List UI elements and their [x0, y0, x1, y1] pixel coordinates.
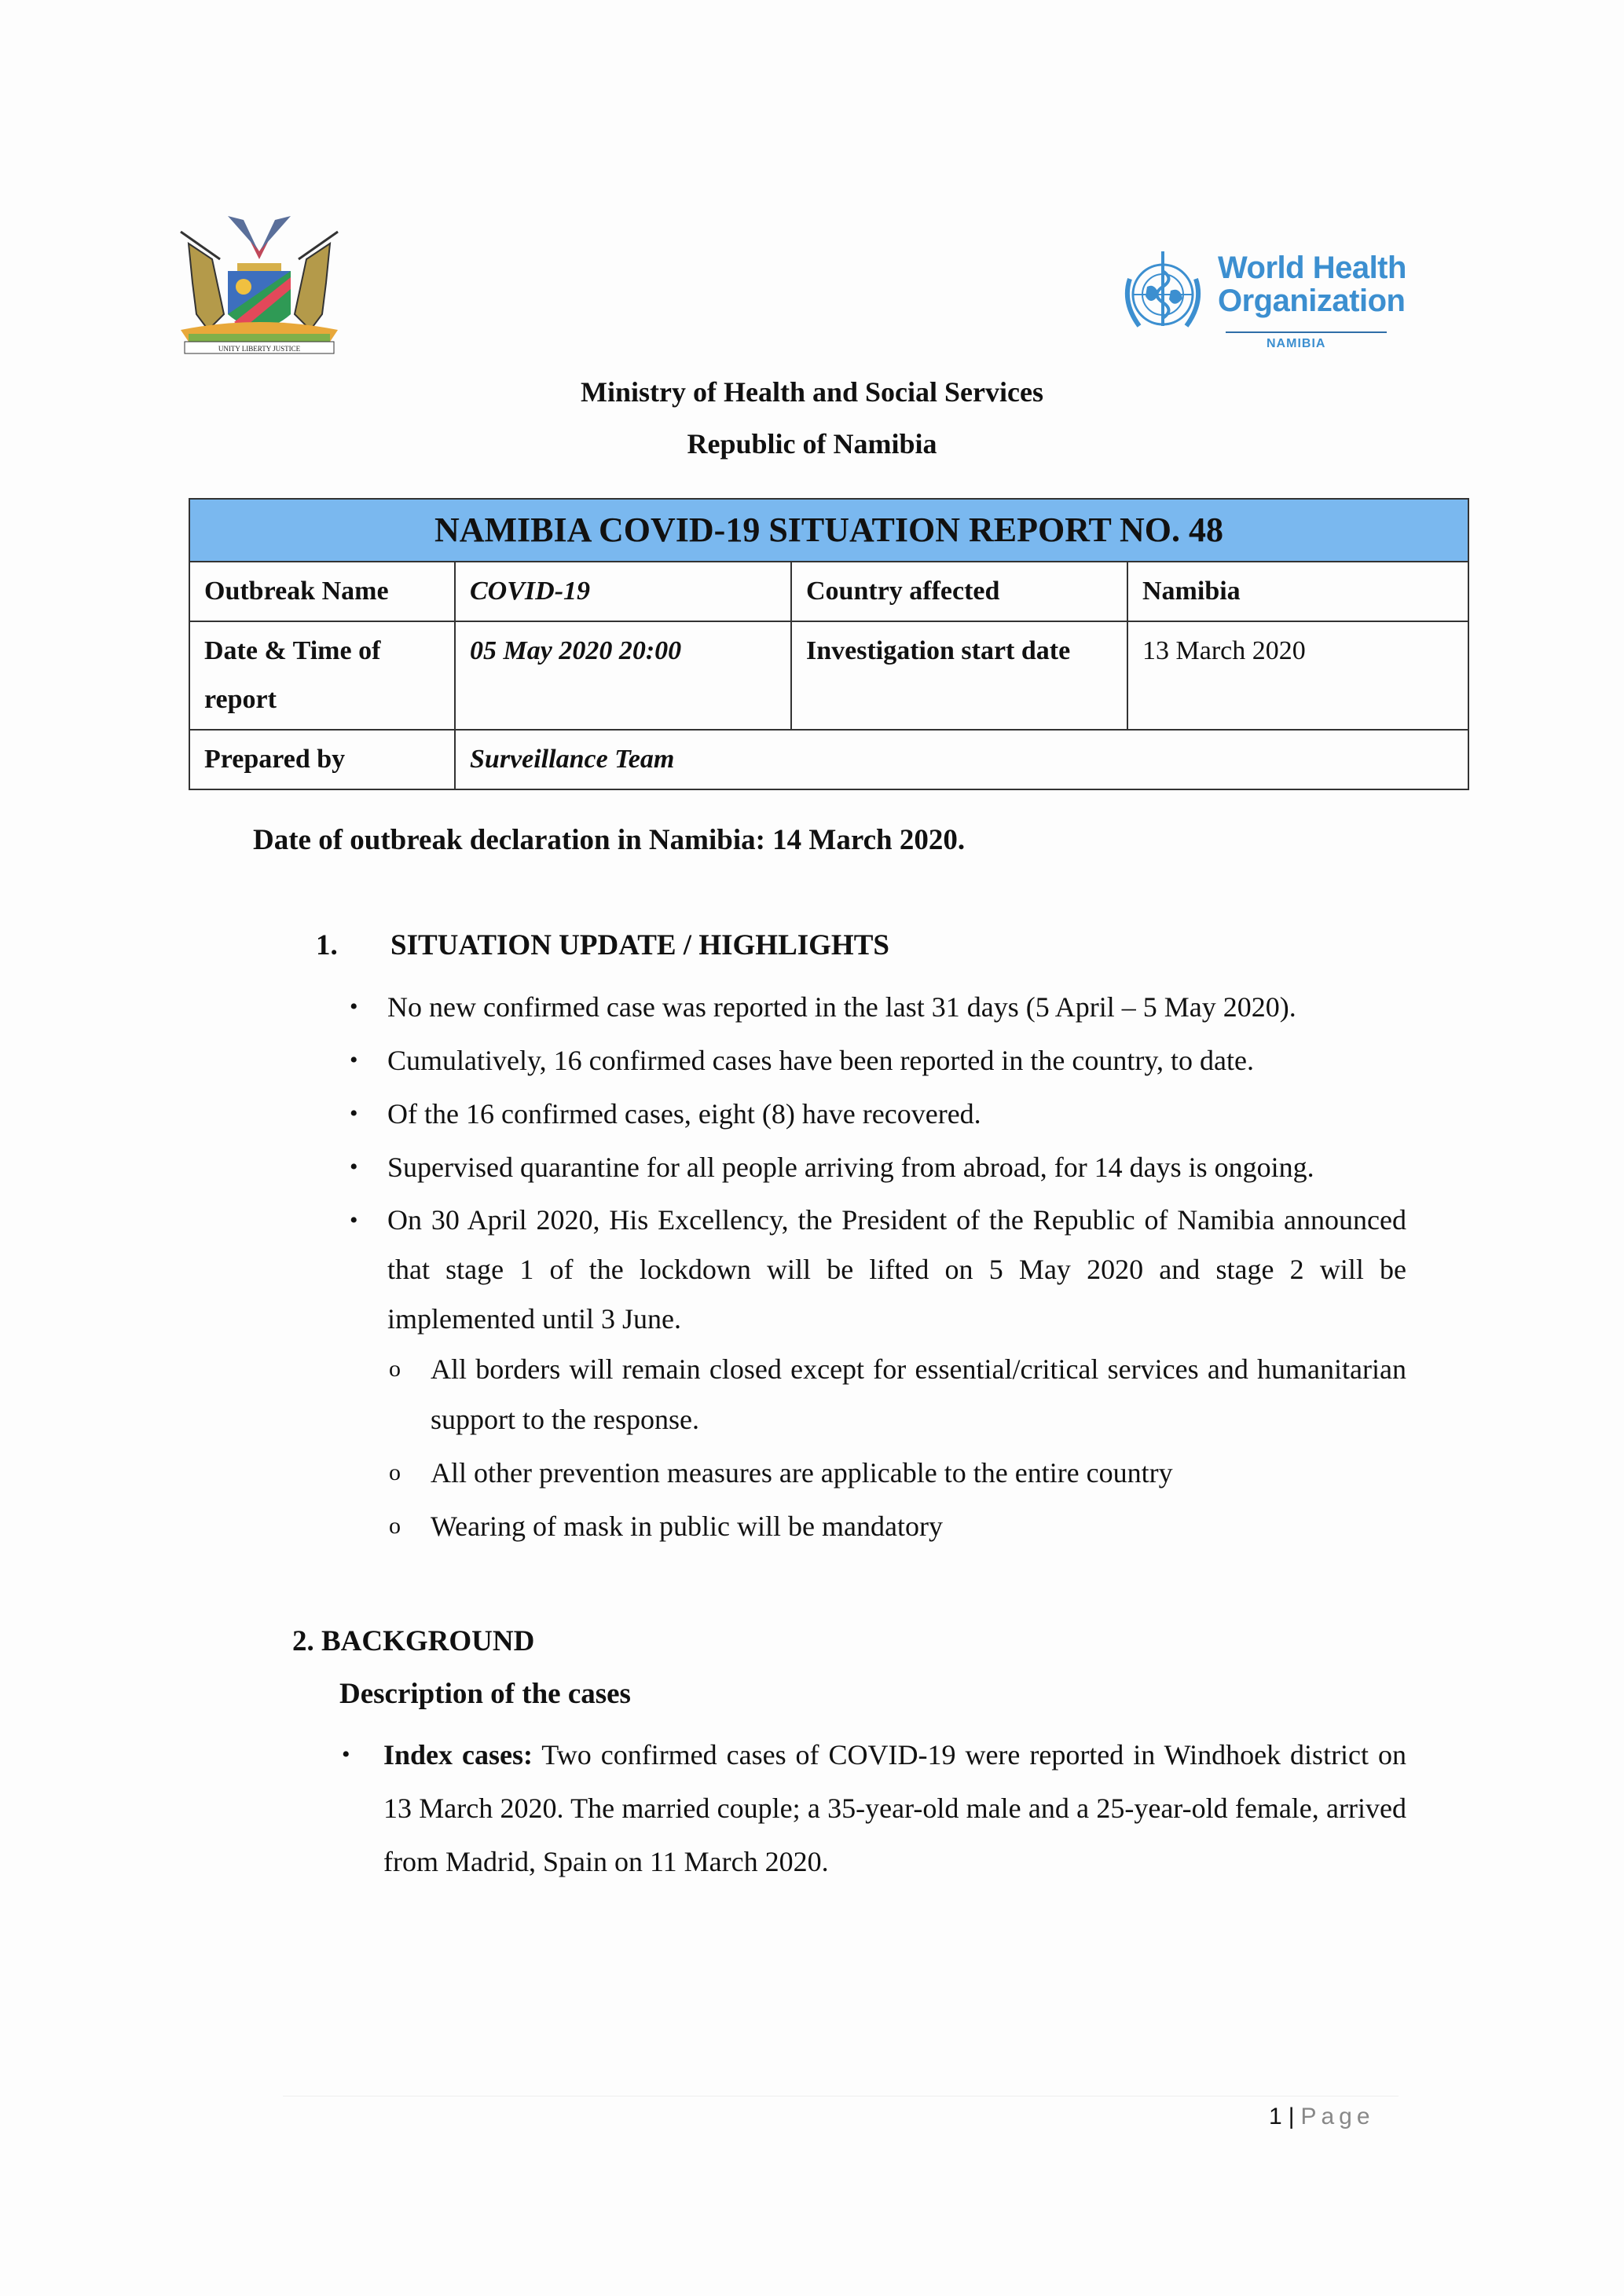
prepared-by-label: Prepared by: [189, 730, 455, 789]
bullet-icon: •: [350, 1089, 358, 1139]
namibia-coat-of-arms-logo: UNITY LIBERTY JUSTICE: [165, 196, 354, 357]
bullet-icon: •: [350, 1035, 358, 1086]
prepared-by-value: Surveillance Team: [455, 730, 1468, 789]
investigation-start-label: Investigation start date: [791, 621, 1127, 730]
list-item-text: Cumulatively, 16 confirmed cases have be…: [387, 1045, 1254, 1076]
page-number: 1|Page: [1269, 2104, 1375, 2130]
table-row: Outbreak Name COVID-19 Country affected …: [189, 562, 1468, 621]
country-affected-label: Country affected: [791, 562, 1127, 621]
lockdown-sub-list: oAll borders will remain closed except f…: [387, 1344, 1406, 1551]
report-datetime-value: 05 May 2020 20:00: [455, 621, 791, 730]
list-item-text: Supervised quarantine for all people arr…: [387, 1152, 1314, 1183]
who-divider: [1226, 331, 1387, 333]
outbreak-name-label: Outbreak Name: [189, 562, 455, 621]
index-cases-text: Two confirmed cases of COVID-19 were rep…: [383, 1739, 1406, 1877]
background-list: •Index cases: Two confirmed cases of COV…: [338, 1728, 1406, 1888]
circle-bullet-icon: o: [389, 1448, 401, 1498]
page-word: Page: [1300, 2104, 1374, 2129]
sub-list-item-text: Wearing of mask in public will be mandat…: [431, 1511, 943, 1542]
report-datetime-label: Date & Time of report: [189, 621, 455, 730]
list-item-text: No new confirmed case was reported in th…: [387, 991, 1296, 1023]
section2-title: 2. BACKGROUND: [292, 1624, 534, 1658]
outbreak-name-value: COVID-19: [455, 562, 791, 621]
list-item-text: On 30 April 2020, His Excellency, the Pr…: [387, 1204, 1406, 1335]
cases-description-heading: Description of the cases: [339, 1677, 631, 1711]
circle-bullet-icon: o: [389, 1501, 401, 1551]
who-logo: World Health Organization NAMIBIA: [1116, 236, 1406, 361]
svg-text:UNITY LIBERTY JUSTICE: UNITY LIBERTY JUSTICE: [218, 345, 301, 353]
who-name-line1: World Health: [1218, 251, 1406, 284]
who-name: World Health Organization: [1218, 251, 1406, 317]
list-item: •Cumulatively, 16 confirmed cases have b…: [346, 1035, 1406, 1086]
page-number-value: 1: [1269, 2104, 1282, 2129]
who-name-line2: Organization: [1218, 284, 1406, 317]
sub-list-item-text: All borders will remain closed except fo…: [431, 1353, 1406, 1435]
sub-list-item: oAll borders will remain closed except f…: [387, 1344, 1406, 1445]
index-cases-label: Index cases:: [383, 1739, 533, 1771]
bullet-icon: •: [342, 1728, 350, 1782]
bullet-icon: •: [350, 982, 358, 1032]
footer-divider: [283, 2096, 1399, 2096]
who-emblem-icon: [1116, 247, 1210, 342]
highlights-list: •No new confirmed case was reported in t…: [346, 982, 1406, 1554]
outbreak-declaration: Date of outbreak declaration in Namibia:…: [253, 823, 965, 857]
list-item: •Supervised quarantine for all people ar…: [346, 1142, 1406, 1192]
bullet-icon: •: [350, 1196, 358, 1245]
sub-list-item: oAll other prevention measures are appli…: [387, 1448, 1406, 1498]
country-affected-value: Namibia: [1127, 562, 1468, 621]
ministry-heading: Ministry of Health and Social Services: [0, 375, 1624, 408]
bullet-icon: •: [350, 1142, 358, 1192]
page-separator: |: [1289, 2104, 1295, 2129]
who-country: NAMIBIA: [1267, 337, 1325, 351]
list-item: •On 30 April 2020, His Excellency, the P…: [346, 1196, 1406, 1551]
section1-title: SITUATION UPDATE / HIGHLIGHTS: [390, 928, 889, 962]
list-item-text: Of the 16 confirmed cases, eight (8) hav…: [387, 1098, 981, 1130]
report-info-table: NAMIBIA COVID-19 SITUATION REPORT NO. 48…: [189, 498, 1469, 790]
republic-heading: Republic of Namibia: [0, 427, 1624, 460]
sub-list-item-text: All other prevention measures are applic…: [431, 1457, 1173, 1489]
document-page: UNITY LIBERTY JUSTICE World Health Organ…: [0, 0, 1624, 2296]
table-row: Prepared by Surveillance Team: [189, 730, 1468, 789]
sub-list-item: oWearing of mask in public will be manda…: [387, 1501, 1406, 1551]
investigation-start-value: 13 March 2020: [1127, 621, 1468, 730]
list-item: •Of the 16 confirmed cases, eight (8) ha…: [346, 1089, 1406, 1139]
section1-number: 1.: [316, 928, 338, 962]
table-row: Date & Time of report 05 May 2020 20:00 …: [189, 621, 1468, 730]
list-item: •No new confirmed case was reported in t…: [346, 982, 1406, 1032]
report-title: NAMIBIA COVID-19 SITUATION REPORT NO. 48: [189, 499, 1468, 562]
circle-bullet-icon: o: [389, 1344, 401, 1394]
list-item: •Index cases: Two confirmed cases of COV…: [338, 1728, 1406, 1888]
